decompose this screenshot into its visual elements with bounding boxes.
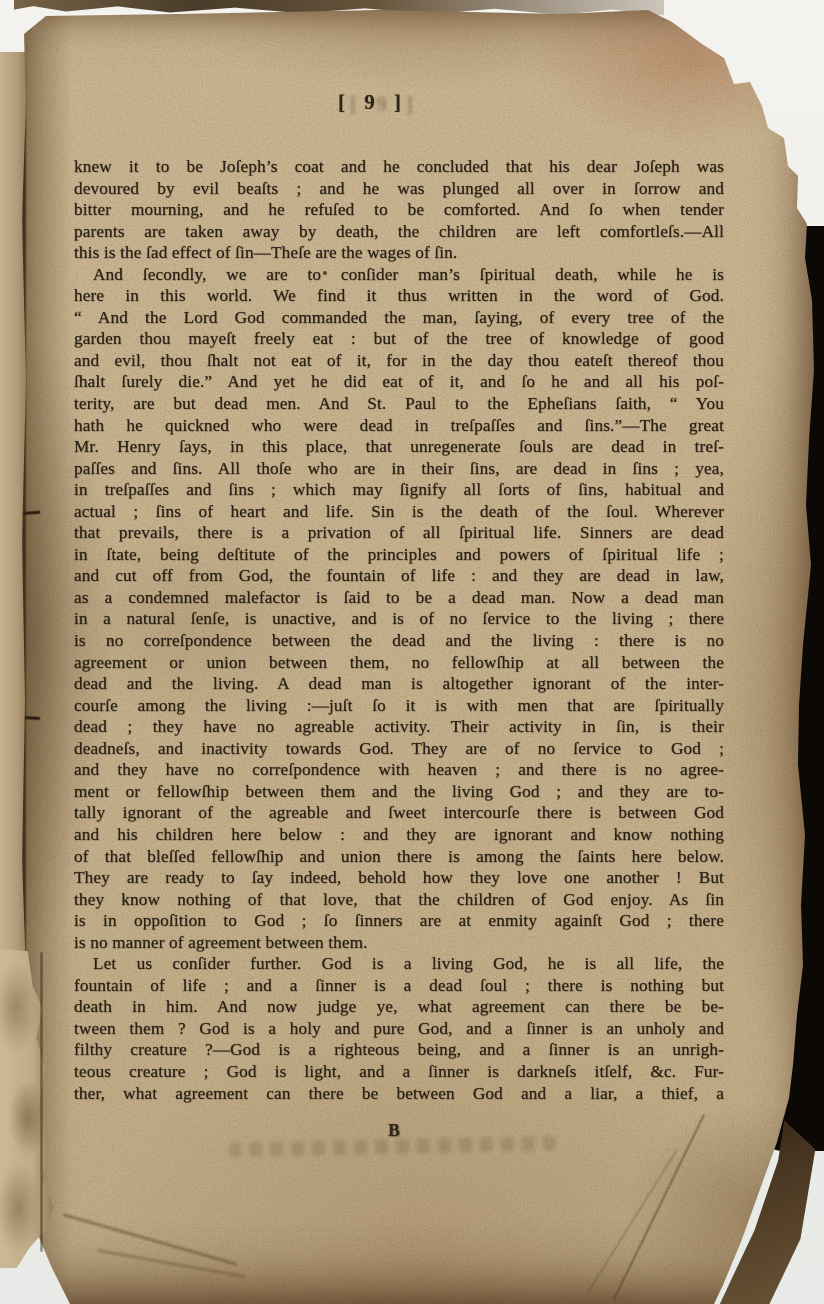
text-line: “ And the Lord God commanded the man, ſa… [74,307,724,329]
book-page: [ 9 ] knew it to be Joſeph’s coat and he… [0,0,824,1304]
text-line: paſſes and ſins. All thoſe who are in th… [74,458,724,480]
text-line: fountain of life ; and a ſinner is a dea… [74,975,724,997]
text-line: they know nothing of that love, that the… [74,889,724,911]
text-line: and they have no correſpondence with hea… [74,759,724,781]
text-line: And ſecondly, we are to conſider man’s ſ… [74,264,724,286]
text-line: tween them ? God is a holy and pure God,… [74,1018,724,1040]
text-line: in ſtate, being deſtitute of the princip… [74,544,724,566]
text-line: actual ; ſins of heart and life. Sin is … [74,501,724,523]
text-line: teous creature ; God is light, and a ſin… [74,1061,724,1083]
text-line: and cut off from God, the fountain of li… [74,565,724,587]
text-line: devoured by evil beaſts ; and he was plu… [74,178,724,200]
text-line: agreement or union between them, no fell… [74,652,724,674]
page-text: knew it to be Joſeph’s coat and he concl… [74,156,724,1104]
text-line: ſhalt ſurely die.” And yet he did eat of… [74,371,724,393]
text-line: Let us conſider further. God is a living… [74,953,724,975]
text-line: terity, are but dead men. And St. Paul t… [74,393,724,415]
scanned-book-page: [ 9 ] knew it to be Joſeph’s coat and he… [0,0,824,1304]
text-line: deadneſs, and inactivity towards God. Th… [74,738,724,760]
torn-flap-shadow [40,952,43,1252]
text-line: Mr. Henry ſays, in this place, that unre… [74,436,724,458]
text-line: as a condemned malefactor is ſaid to be … [74,587,724,609]
text-line: is no manner of agreement between them. [74,932,724,954]
text-line: that prevails, there is a privation of a… [74,522,724,544]
text-line: ment or fellowſhip between them and the … [74,781,724,803]
fold-crease [586,1149,678,1294]
text-line: death in him. And now judge ye, what agr… [74,996,724,1018]
text-line: dead and the living. A dead man is altog… [74,673,724,695]
text-line: ther, what agreement can there be betwee… [74,1083,724,1105]
text-line: They are ready to ſay indeed, behold how… [74,867,724,889]
text-line: garden thou mayeſt freely eat : but of t… [74,328,724,350]
text-line: of that bleſſed fellowſhip and union the… [74,846,724,868]
text-line: in treſpaſſes and ſins ; which may ſigni… [74,479,724,501]
text-line: and his children here below : and they a… [74,824,724,846]
text-line: is no correſpondence between the dead an… [74,630,724,652]
text-line: tally ignorant of the agreable and ſweet… [74,802,724,824]
text-line: is in oppoſition to God ; ſo ſinners are… [74,910,724,932]
text-line: dead ; they have no agreable activity. T… [74,716,724,738]
text-line: filthy creature ?—God is a righteous bei… [74,1039,724,1061]
text-line: this is the ſad effect of ſin—Theſe are … [74,242,724,264]
page-number: [ 9 ] [288,90,458,115]
fold-crease [613,1114,705,1300]
text-line: hath he quickned who were dead in treſpa… [74,415,724,437]
text-line: parents are taken away by death, the chi… [74,221,724,243]
signature-mark: B [74,1120,714,1141]
text-line: knew it to be Joſeph’s coat and he concl… [74,156,724,178]
text-line: here in this world. We find it thus writ… [74,285,724,307]
text-line: courſe among the living :—juſt ſo it is … [74,695,724,717]
text-line: bitter mourning, and he refuſed to be co… [74,199,724,221]
text-line: in a natural ſenſe, is unactive, and is … [74,608,724,630]
text-line: and evil, thou ſhalt not eat of it, for … [74,350,724,372]
